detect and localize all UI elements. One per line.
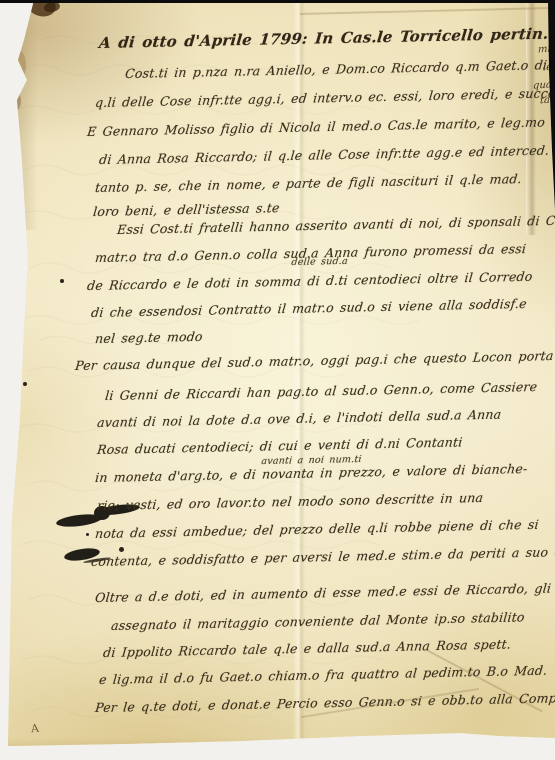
paper-sheet: A di otto d'Aprile 1799: In Cas.le Torri…: [0, 0, 555, 760]
manuscript-line: li Genni de Riccardi han pag.to al sud.o…: [104, 379, 538, 403]
scan-border-top: [0, 0, 555, 3]
manuscript-line: Per le q.te doti, e donat.e Percio esso …: [94, 690, 555, 715]
manuscript-line: de Riccardo e le doti in somma di d.ti c…: [86, 269, 533, 293]
margin-note: qua: [533, 79, 552, 91]
ink-speck: [60, 279, 64, 283]
manuscript-line: e lig.ma il d.o fu Gaet.o chiam.o fra qu…: [98, 663, 548, 687]
manuscript-line: tanto p. se, che in nome, e parte de fig…: [94, 171, 522, 195]
manuscript-line: di che essendosi Contratto il matr.o sud…: [90, 296, 527, 320]
ink-speck: [119, 547, 124, 552]
scanned-manuscript: A di otto d'Aprile 1799: In Cas.le Torri…: [0, 0, 555, 760]
interline-insertion: avanti a noi num.ti: [261, 454, 362, 467]
torn-edge-shadow: [8, 0, 38, 230]
archival-mark: A: [30, 722, 39, 736]
top-horizontal-crease: [300, 7, 550, 15]
manuscript-line: q.li delle Cose infr.tte agg.i, ed inter…: [94, 85, 555, 110]
edge-stain: [16, 52, 26, 78]
manuscript-line: nota da essi ambedue; del prezzo delle q…: [94, 517, 539, 541]
manuscript-line: Oltre a d.e doti, ed in aumento di esse …: [94, 579, 555, 605]
manuscript-line: Cost.ti in p.nza n.ra Aniello, e Dom.co …: [124, 56, 555, 81]
ink-speck: [2, 551, 8, 557]
manuscript-line: E Gennaro Molisso figlio di Nicola il me…: [86, 113, 555, 139]
manuscript-line: loro beni, e dell'istessa s.te: [92, 200, 280, 219]
manuscript-line: Per causa dunque del sud.o matr.o, oggi …: [74, 348, 554, 373]
manuscript-line: nel seg.te modo: [94, 329, 203, 346]
manuscript-line: contenta, e soddisfatto e per aversi le …: [90, 544, 555, 569]
margin-note: ta: [540, 95, 550, 107]
manuscript-line: avanti di noi la dote d.a ove d.i, e l'i…: [96, 407, 502, 431]
interline-insertion: delle sud.a: [291, 256, 348, 268]
ink-speck: [23, 382, 27, 386]
manuscript-line: assegnato il maritaggio conveniente dal …: [110, 609, 525, 633]
ink-speck: [86, 533, 89, 536]
manuscript-line: di Anna Rosa Riccardo; il q.le alle Cose…: [98, 143, 550, 167]
manuscript-line: A di otto d'Aprile 1799: In Cas.le Torri…: [98, 23, 555, 52]
edge-stain: [12, 92, 21, 110]
manuscript-line: Rosa ducati centodieci; di cui e venti d…: [96, 434, 463, 457]
manuscript-line: rie; vesti, ed oro lavor.to nel modo son…: [96, 490, 484, 513]
manuscript-line: di Ippolito Riccardo tale q.le e dalla s…: [102, 636, 511, 660]
